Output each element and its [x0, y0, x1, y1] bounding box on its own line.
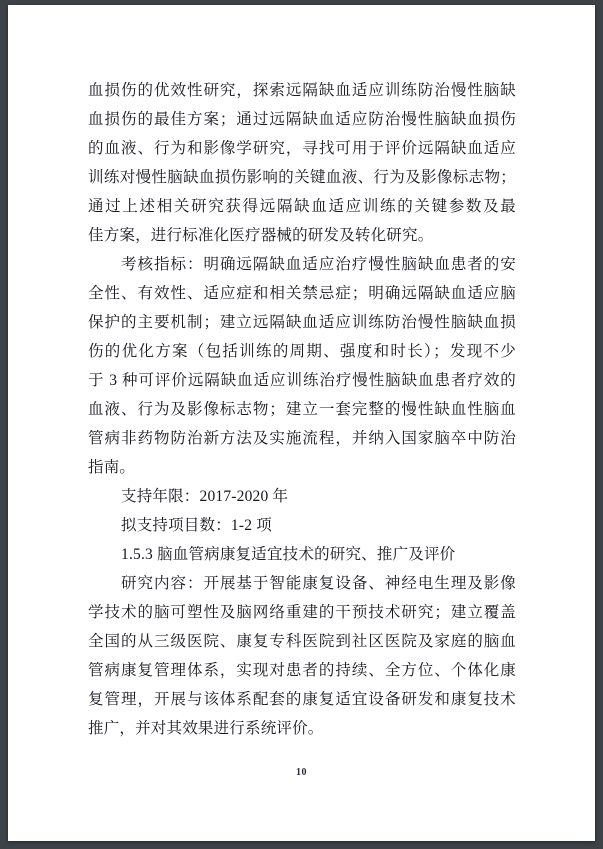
- section-heading-1-5-3: 1.5.3 脑血管病康复适宜技术的研究、推广及评价: [88, 540, 516, 569]
- document-line: 研究内容：开展基于智能康复设备、神经电生理及影像: [88, 569, 516, 598]
- document-line: 血损伤的最佳方案；通过远隔缺血适应防治慢性脑缺血损伤: [88, 105, 516, 134]
- support-years-line: 支持年限：2017-2020 年: [88, 482, 516, 511]
- page-number: 10: [8, 767, 595, 778]
- document-line: 指南。: [88, 453, 516, 482]
- document-page: 血损伤的优效性研究，探索远隔缺血适应训练防治慢性脑缺 血损伤的最佳方案；通过远隔…: [8, 5, 595, 841]
- document-line: 考核指标：明确远隔缺血适应治疗慢性脑缺血患者的安: [88, 250, 516, 279]
- document-line: 保护的主要机制；建立远隔缺血适应训练防治慢性脑缺血损: [88, 308, 516, 337]
- document-line: 全国的从三级医院、康复专科医院到社区医院及家庭的脑血: [88, 627, 516, 656]
- document-line: 佳方案，进行标准化医疗器械的研发及转化研究。: [88, 221, 516, 250]
- document-line: 伤的优化方案（包括训练的周期、强度和时长）；发现不少: [88, 337, 516, 366]
- document-line: 血损伤的优效性研究，探索远隔缺血适应训练防治慢性脑缺: [88, 76, 516, 105]
- document-line: 管病非药物防治新方法及实施流程，并纳入国家脑卒中防治: [88, 424, 516, 453]
- document-line: 全性、有效性、适应症和相关禁忌症；明确远隔缺血适应脑: [88, 279, 516, 308]
- document-line: 血液、行为及影像标志物；建立一套完整的慢性缺血性脑血: [88, 395, 516, 424]
- document-line: 推广，并对其效果进行系统评价。: [88, 714, 516, 743]
- document-line: 复管理，开展与该体系配套的康复适宜设备研发和康复技术: [88, 685, 516, 714]
- document-line: 于 3 种可评价远隔缺血适应训练治疗慢性脑缺血患者疗效的: [88, 366, 516, 395]
- project-count-line: 拟支持项目数：1-2 项: [88, 511, 516, 540]
- document-line: 管病康复管理体系，实现对患者的持续、全方位、个体化康: [88, 656, 516, 685]
- document-line: 的血液、行为和影像学研究，寻找可用于评价远隔缺血适应: [88, 134, 516, 163]
- document-line: 训练对慢性脑缺血损伤影响的关键血液、行为及影像标志物；: [88, 163, 516, 192]
- pdf-viewer-background: 血损伤的优效性研究，探索远隔缺血适应训练防治慢性脑缺 血损伤的最佳方案；通过远隔…: [0, 0, 603, 849]
- document-text-block: 血损伤的优效性研究，探索远隔缺血适应训练防治慢性脑缺 血损伤的最佳方案；通过远隔…: [88, 76, 516, 743]
- document-line: 学技术的脑可塑性及脑网络重建的干预技术研究；建立覆盖: [88, 598, 516, 627]
- document-line: 通过上述相关研究获得远隔缺血适应训练的关键参数及最: [88, 192, 516, 221]
